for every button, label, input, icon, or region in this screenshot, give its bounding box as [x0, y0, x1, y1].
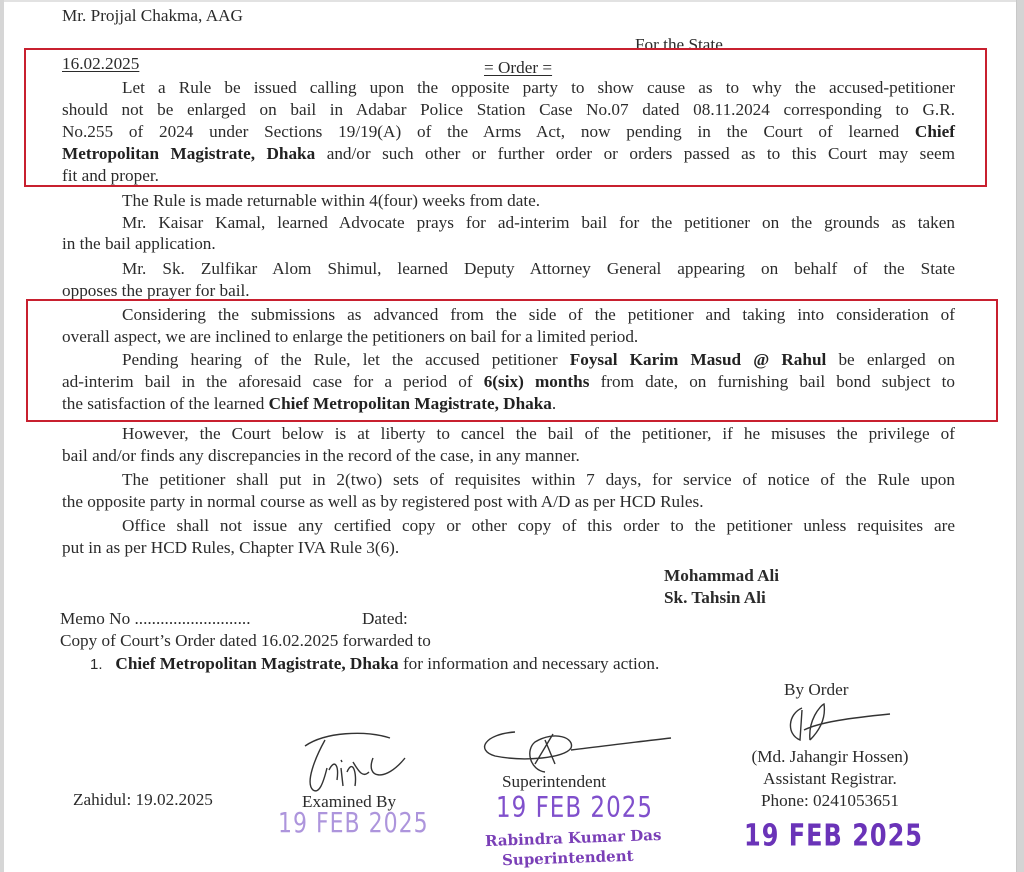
para1-line3-text: No.255 of 2024 under Sections 19/19(A) o…: [62, 122, 899, 141]
court-name-bold: Chief: [915, 122, 955, 141]
superintendent-label: Superintendent: [502, 771, 606, 793]
stamp-officer-title: Superintendent: [502, 847, 634, 870]
for-the-state: For the State.: [635, 34, 727, 56]
order-title: = Order =: [484, 57, 552, 79]
para6-text: ad-interim bail in the aforesaid case fo…: [62, 372, 473, 391]
zahidul-date: Zahidul: 19.02.2025: [73, 789, 213, 811]
registrar-signature-icon: [780, 700, 900, 750]
para2: The Rule is made returnable within 4(fou…: [122, 190, 540, 212]
order-date-text: 16.02.2025: [62, 54, 139, 73]
date-stamp-superintendent: 19 FEB 2025: [496, 792, 653, 825]
stamp-officer-name: Rabindra Kumar Das: [485, 826, 662, 850]
para3-line2: in the bail application.: [62, 233, 216, 255]
by-order: By Order: [784, 679, 848, 701]
para6-line2: ad-interim bail in the aforesaid case fo…: [62, 371, 955, 393]
para9-line2: put in as per HCD Rules, Chapter IVA Rul…: [62, 537, 399, 559]
para1-line3: No.255 of 2024 under Sections 19/19(A) o…: [62, 121, 955, 143]
para8-line1: The petitioner shall put in 2(two) sets …: [122, 469, 955, 491]
date-stamp-examiner: 19 FEB 2025: [278, 808, 429, 839]
para5-line1: Considering the submissions as advanced …: [122, 304, 955, 326]
para7-line2: bail and/or finds any discrepancies in t…: [62, 445, 580, 467]
para1-line5: fit and proper.: [62, 165, 159, 187]
bail-period-bold: 6(six) months: [484, 372, 590, 391]
memo-item-number: 1.: [90, 656, 103, 673]
para1-line4: Metropolitan Magistrate, Dhaka and/or su…: [62, 143, 955, 165]
registrar-phone: Phone: 0241053651: [730, 790, 930, 812]
para4-line1: Mr. Sk. Zulfikar Alom Shimul, learned De…: [122, 258, 955, 280]
para6-line1: Pending hearing of the Rule, let the acc…: [122, 349, 955, 371]
para6-text: Pending hearing of the Rule, let the acc…: [122, 350, 558, 369]
registrar-name: (Md. Jahangir Hossen): [730, 746, 930, 768]
para4-line2: opposes the prayer for bail.: [62, 280, 250, 302]
registrar-title: Assistant Registrar.: [730, 768, 930, 790]
date-stamp-registrar: 19 FEB 2025: [744, 818, 923, 853]
memo-copy-line: Copy of Court’s Order dated 16.02.2025 f…: [60, 630, 431, 652]
counsel-line: Mr. Projjal Chakma, AAG: [62, 5, 243, 27]
order-title-text: = Order =: [484, 58, 552, 77]
petitioner-name-bold: Foysal Karim Masud @ Rahul: [570, 350, 827, 369]
court-order-document: Mr. Projjal Chakma, AAG For the State. 1…: [0, 0, 1024, 872]
para7-line1: However, the Court below is at liberty t…: [122, 423, 955, 445]
para6-line3: the satisfaction of the learned Chief Me…: [62, 393, 556, 415]
judge-name: Mohammad Ali: [664, 565, 779, 587]
para1-line4-text: and/or such other or further order or or…: [327, 144, 955, 163]
para8-line2: the opposite party in normal course as w…: [62, 491, 704, 513]
para6-text: be enlarged on: [838, 350, 955, 369]
memo-dated: Dated:: [362, 608, 408, 630]
para6-text: .: [552, 394, 556, 413]
court-name-bold: Chief Metropolitan Magistrate, Dhaka: [269, 394, 552, 413]
para1-line1: Let a Rule be issued calling upon the op…: [122, 77, 955, 99]
memo-item-text: for information and necessary action.: [403, 654, 659, 673]
judge-name: Sk. Tahsin Ali: [664, 587, 766, 609]
recipient-bold: Chief Metropolitan Magistrate, Dhaka: [115, 654, 398, 673]
memo-item-1: 1. Chief Metropolitan Magistrate, Dhaka …: [90, 653, 659, 676]
para3-line1: Mr. Kaisar Kamal, learned Advocate prays…: [122, 212, 955, 234]
para9-line1: Office shall not issue any certified cop…: [122, 515, 955, 537]
para1-line2: should not be enlarged on bail in Adabar…: [62, 99, 955, 121]
para6-text: the satisfaction of the learned: [62, 394, 264, 413]
memo-number: Memo No ...........................: [60, 608, 251, 630]
examiner-signature-icon: [295, 728, 435, 798]
court-name-bold: Metropolitan Magistrate, Dhaka: [62, 144, 315, 163]
para6-text: from date, on furnishing bail bond subje…: [601, 372, 955, 391]
order-date: 16.02.2025: [62, 53, 139, 75]
para5-line2: overall aspect, we are inclined to enlar…: [62, 326, 638, 348]
